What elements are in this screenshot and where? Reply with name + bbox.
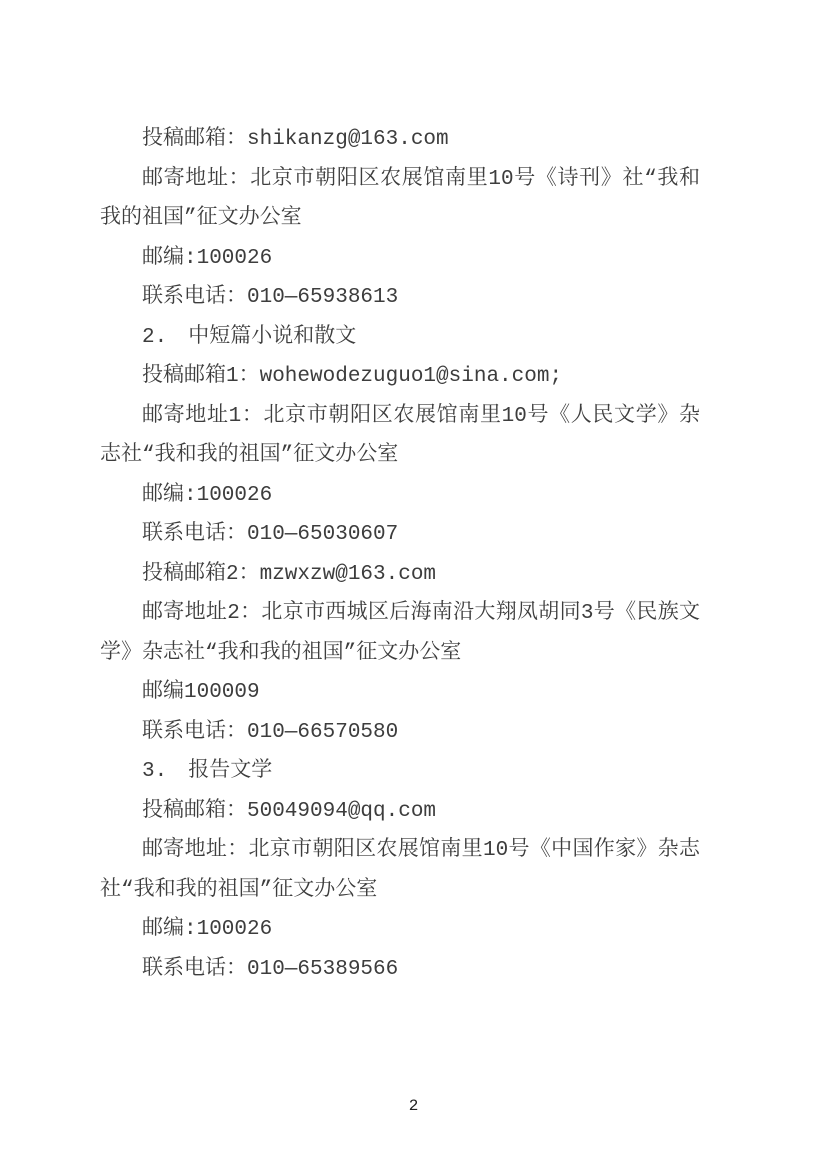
submission-email-line: 投稿邮箱：50049094@qq.com <box>100 792 700 832</box>
postal-code-line: 邮编:100026 <box>100 910 700 950</box>
postal-code-line: 邮编100009 <box>100 673 700 713</box>
mailing-address-1-line: 邮寄地址1：北京市朝阳区农展馆南里10号《人民文学》杂志社“我和我的祖国”征文办… <box>100 397 700 476</box>
mailing-address-line: 邮寄地址：北京市朝阳区农展馆南里10号《中国作家》杂志社“我和我的祖国”征文办公… <box>100 831 700 910</box>
page-number: 2 <box>0 1096 827 1116</box>
submission-email-line: 投稿邮箱：shikanzg@163.com <box>100 120 700 160</box>
document-page: 投稿邮箱：shikanzg@163.com 邮寄地址：北京市朝阳区农展馆南里10… <box>0 0 827 1169</box>
mailing-address-line: 邮寄地址：北京市朝阳区农展馆南里10号《诗刊》社“我和我的祖国”征文办公室 <box>100 160 700 239</box>
mailing-address-2-line: 邮寄地址2：北京市西城区后海南沿大翔凤胡同3号《民族文学》杂志社“我和我的祖国”… <box>100 594 700 673</box>
contact-phone-line: 联系电话：010—65389566 <box>100 950 700 990</box>
contact-phone-line: 联系电话：010—65938613 <box>100 278 700 318</box>
postal-code-line: 邮编:100026 <box>100 476 700 516</box>
submission-email-2-line: 投稿邮箱2：mzwxzw@163.com <box>100 555 700 595</box>
postal-code-line: 邮编:100026 <box>100 239 700 279</box>
document-body: 投稿邮箱：shikanzg@163.com 邮寄地址：北京市朝阳区农展馆南里10… <box>100 120 700 989</box>
section-heading-fiction-prose: 2. 中短篇小说和散文 <box>100 318 700 358</box>
section-heading-reportage: 3. 报告文学 <box>100 752 700 792</box>
contact-phone-line: 联系电话：010—66570580 <box>100 713 700 753</box>
contact-phone-line: 联系电话：010—65030607 <box>100 515 700 555</box>
submission-email-1-line: 投稿邮箱1：wohewodezuguo1@sina.com; <box>100 357 700 397</box>
